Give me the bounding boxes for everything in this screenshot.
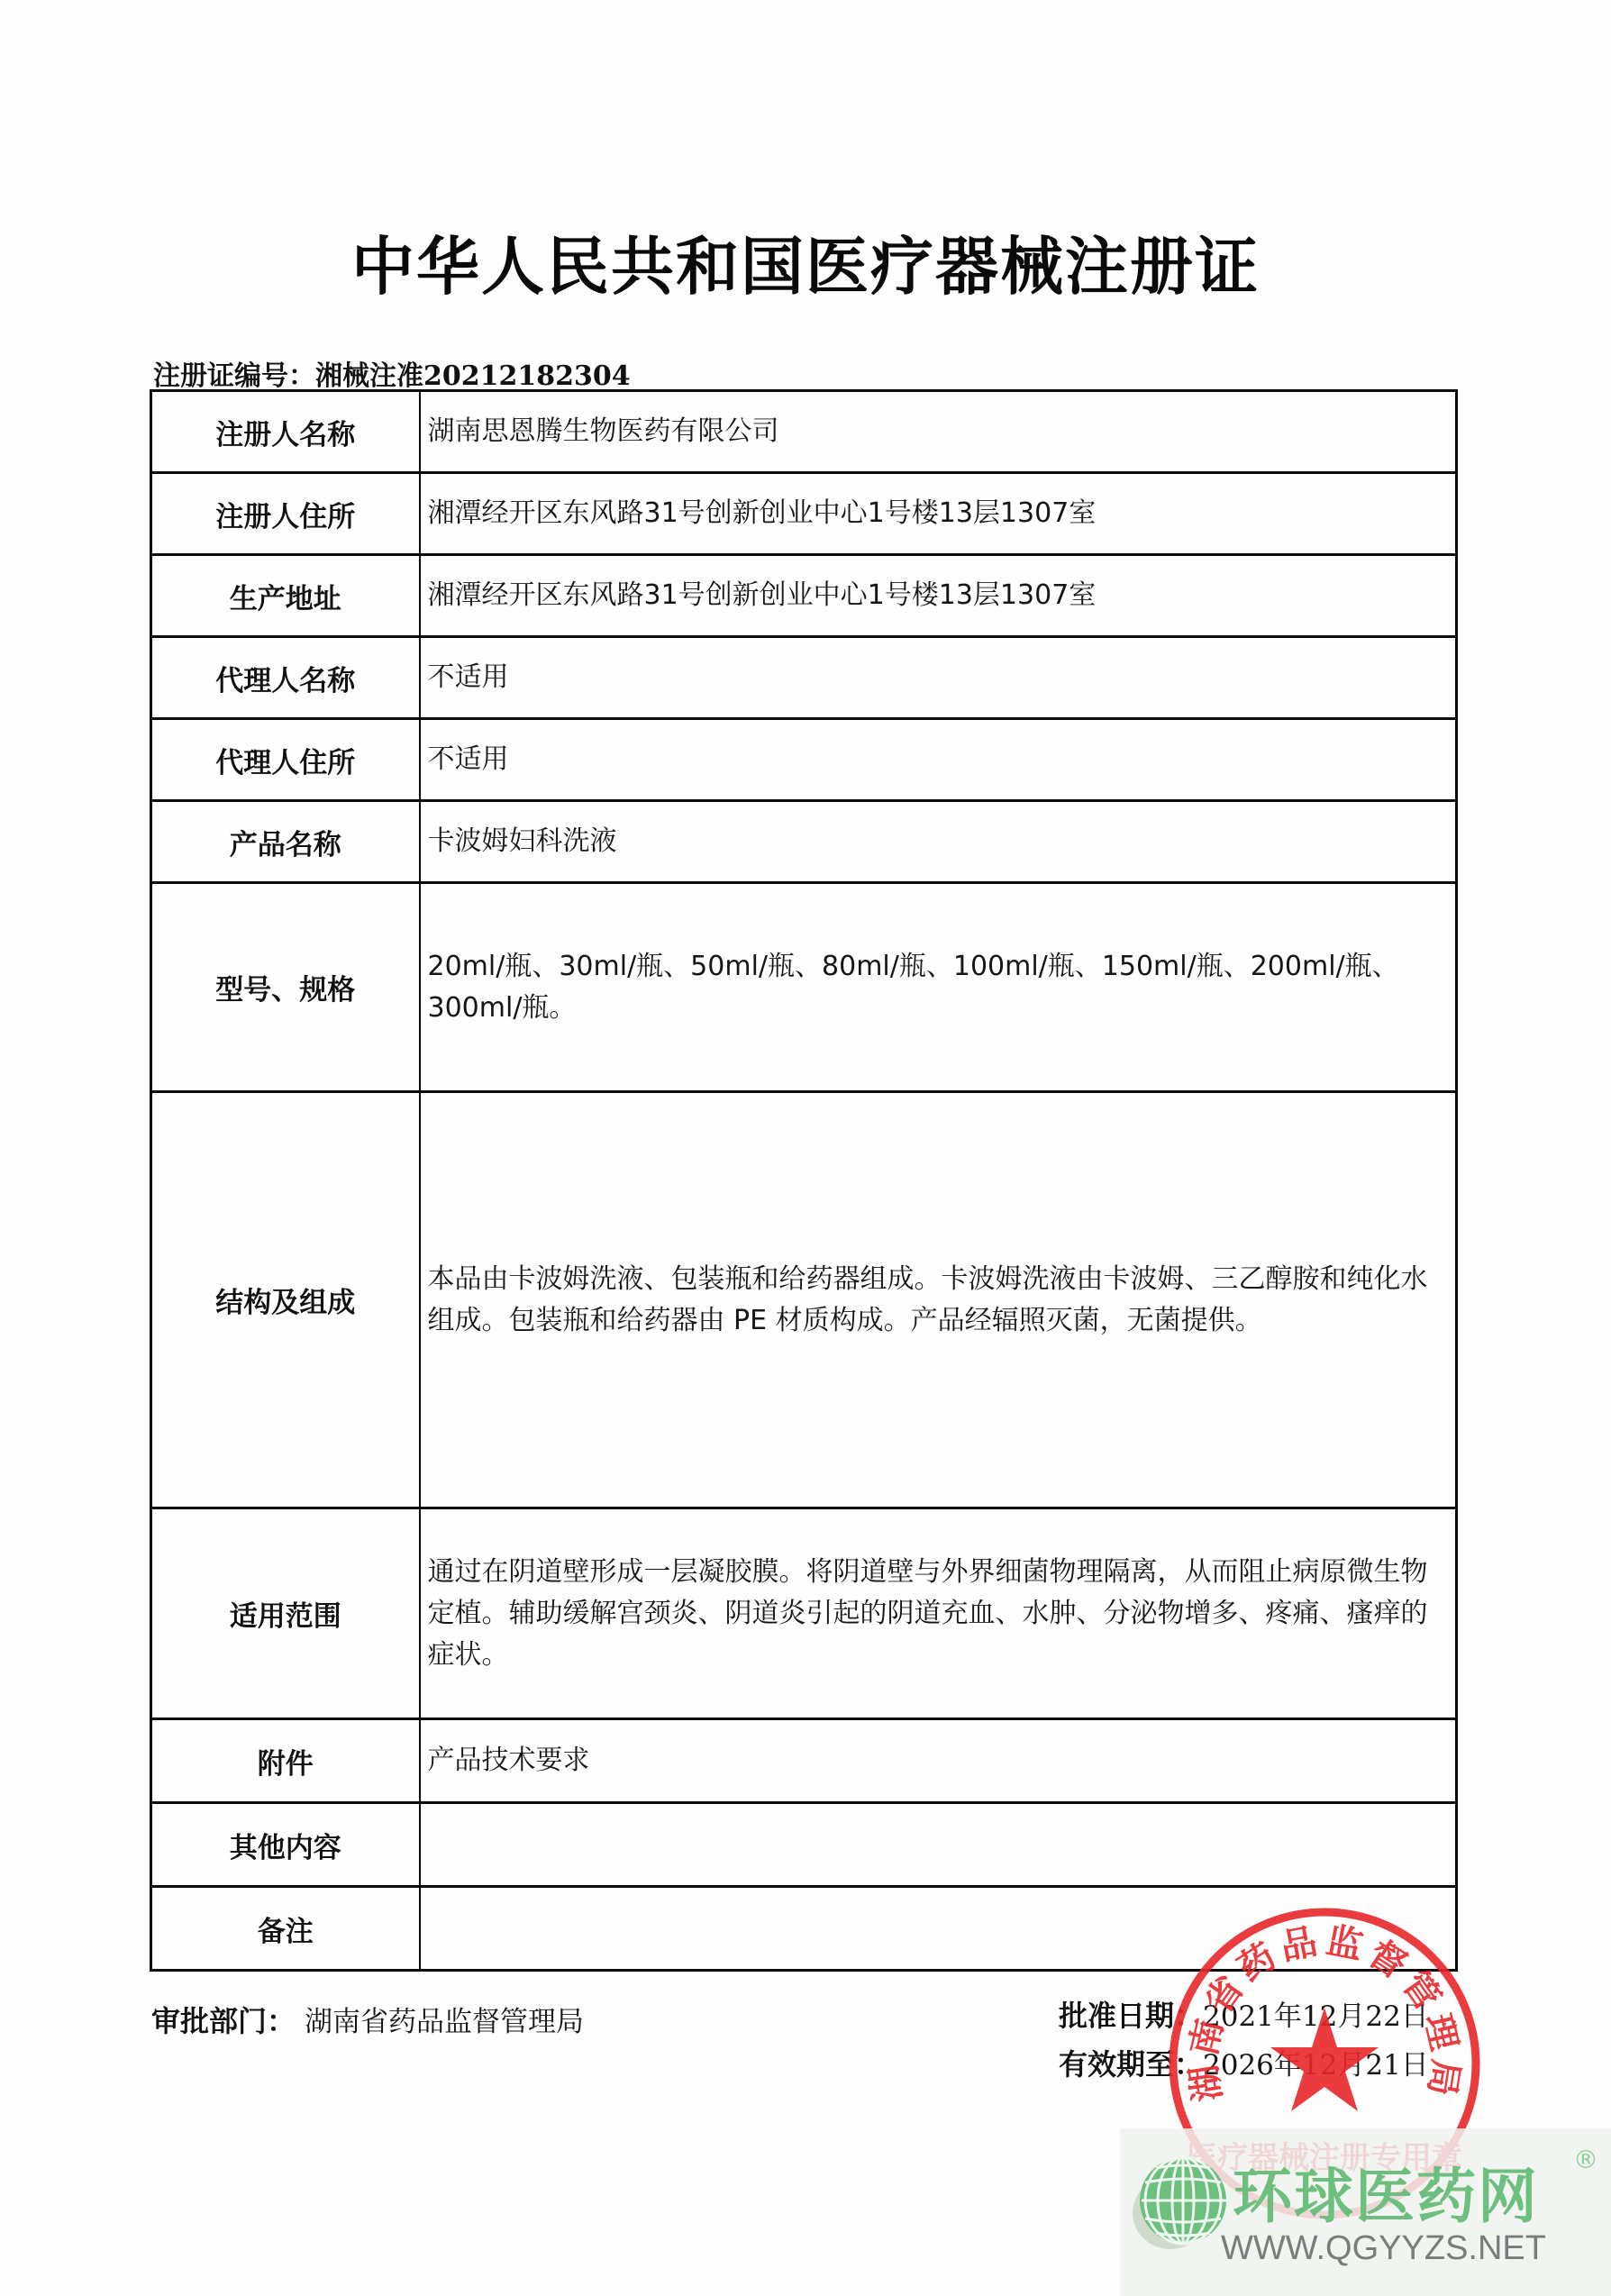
field-value: 湘潭经开区东风路31号创新创业中心1号楼13层1307室 (420, 473, 1457, 555)
field-label: 适用范围 (151, 1508, 420, 1719)
table-row-other: 其他内容 (151, 1803, 1457, 1887)
table-row-product-name: 产品名称 卡波姆妇科洗液 (151, 801, 1457, 883)
field-label: 其他内容 (151, 1803, 420, 1887)
field-value: 湖南思恩腾生物医药有限公司 (420, 391, 1457, 473)
field-label: 代理人名称 (151, 637, 420, 719)
field-label: 代理人住所 (151, 719, 420, 801)
globe-logo-icon (1131, 2154, 1230, 2253)
table-row-production-address: 生产地址 湘潭经开区东风路31号创新创业中心1号楼13层1307室 (151, 555, 1457, 637)
approval-department-label: 审批部门： (151, 2004, 296, 2038)
field-label: 附件 (151, 1719, 420, 1803)
valid-until-value: 2026年12月21日 (1203, 2049, 1429, 2082)
approval-date: 批准日期：2021年12月22日 (1059, 1991, 1429, 2040)
table-row-attachment: 附件 产品技术要求 (151, 1719, 1457, 1803)
document-title: 中华人民共和国医疗器械注册证 (0, 216, 1611, 307)
approval-date-value: 2021年12月22日 (1203, 2000, 1429, 2033)
table-row-model-spec: 型号、规格 20ml/瓶、30ml/瓶、50ml/瓶、80ml/瓶、100ml/… (151, 883, 1457, 1092)
field-label: 产品名称 (151, 801, 420, 883)
field-value: 不适用 (420, 637, 1457, 719)
field-label: 型号、规格 (151, 883, 420, 1092)
registered-mark: ® (1573, 2145, 1598, 2174)
field-label: 注册人住所 (151, 473, 420, 555)
table-row-scope: 适用范围 通过在阴道壁形成一层凝胶膜。将阴道壁与外界细菌物理隔离，从而阻止病原微… (151, 1508, 1457, 1719)
approval-department-value: 湖南省药品监督管理局 (305, 2006, 584, 2038)
field-value (420, 1803, 1457, 1887)
watermark-url: WWW.QGYYZS.NET (1221, 2229, 1546, 2268)
field-value: 产品技术要求 (420, 1719, 1457, 1803)
certificate-page: 中华人民共和国医疗器械注册证 注册证编号：湘械注准20212182304 注册人… (0, 0, 1611, 2296)
table-row-structure: 结构及组成 本品由卡波姆洗液、包装瓶和给药器组成。卡波姆洗液由卡波姆、三乙醇胺和… (151, 1092, 1457, 1508)
certificate-number-value: 湘械注准20212182304 (315, 360, 631, 392)
certificate-number: 注册证编号：湘械注准20212182304 (153, 353, 631, 393)
field-label: 备注 (151, 1887, 420, 1971)
approval-date-label: 批准日期： (1059, 1999, 1203, 2033)
field-label: 生产地址 (151, 555, 420, 637)
table-row-agent-address: 代理人住所 不适用 (151, 719, 1457, 801)
site-watermark: 环球医药网 ® WWW.QGYYZS.NET (1120, 2128, 1611, 2296)
watermark-brand-name: 环球医药网 (1233, 2148, 1539, 2234)
field-value: 本品由卡波姆洗液、包装瓶和给药器组成。卡波姆洗液由卡波姆、三乙醇胺和纯化水组成。… (420, 1092, 1457, 1508)
field-value: 湘潭经开区东风路31号创新创业中心1号楼13层1307室 (420, 555, 1457, 637)
table-row-registrant-address: 注册人住所 湘潭经开区东风路31号创新创业中心1号楼13层1307室 (151, 473, 1457, 555)
table-row-registrant-name: 注册人名称 湖南思恩腾生物医药有限公司 (151, 391, 1457, 473)
field-value: 不适用 (420, 719, 1457, 801)
field-label: 注册人名称 (151, 391, 420, 473)
valid-until-label: 有效期至： (1059, 2047, 1203, 2082)
approval-department: 审批部门：湖南省药品监督管理局 (151, 1999, 584, 2040)
field-value (420, 1887, 1457, 1971)
field-value: 卡波姆妇科洗液 (420, 801, 1457, 883)
valid-until: 有效期至：2026年12月21日 (1059, 2040, 1429, 2089)
table-row-remarks: 备注 (151, 1887, 1457, 1971)
field-value: 通过在阴道壁形成一层凝胶膜。将阴道壁与外界细菌物理隔离，从而阻止病原微生物定植。… (420, 1508, 1457, 1719)
approval-dates: 批准日期：2021年12月22日 有效期至：2026年12月21日 (1059, 1991, 1429, 2089)
registration-table: 注册人名称 湖南思恩腾生物医药有限公司 注册人住所 湘潭经开区东风路31号创新创… (150, 389, 1458, 1972)
table-row-agent-name: 代理人名称 不适用 (151, 637, 1457, 719)
field-label: 结构及组成 (151, 1092, 420, 1508)
field-value: 20ml/瓶、30ml/瓶、50ml/瓶、80ml/瓶、100ml/瓶、150m… (420, 883, 1457, 1092)
certificate-number-label: 注册证编号： (153, 360, 315, 392)
